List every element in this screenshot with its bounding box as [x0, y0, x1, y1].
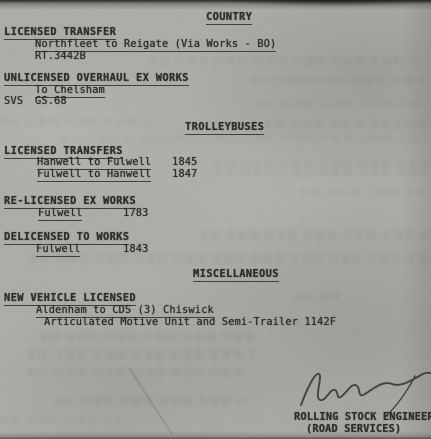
bleed-through-smudge — [28, 367, 243, 377]
new-vehicle-description: Articulated Motive Unit and Semi-Trailer… — [44, 316, 336, 328]
licensed-transfers-row-number: 1845 — [172, 156, 197, 168]
licensed-transfers-row-number: 1847 — [172, 168, 197, 180]
bleed-through-smudge — [150, 57, 420, 65]
delicensed-location: Fulwell — [36, 243, 80, 257]
signatory-role: ROLLING STOCK ENGINEER — [294, 411, 431, 423]
bleed-through-smudge — [40, 332, 255, 341]
section-heading-country: COUNTRY — [206, 11, 252, 25]
bleed-through-smudge — [200, 230, 430, 240]
licensed-transfer-vehicle-number: RT.3442B — [35, 50, 86, 62]
bleed-through-smudge — [30, 253, 430, 263]
bleed-through-smudge — [215, 160, 430, 176]
relicensed-location: Fulwell — [38, 207, 82, 221]
bleed-through-smudge — [295, 294, 340, 301]
section-heading-miscellaneous: MISCELLANEOUS — [193, 268, 279, 282]
bleed-through-smudge — [300, 188, 430, 196]
licensed-transfers-row-route: Fulwell to Hanwell — [37, 168, 151, 182]
bleed-through-smudge — [55, 396, 250, 406]
signatory-department: (ROAD SERVICES) — [306, 423, 401, 435]
bleed-through-smudge — [28, 349, 253, 359]
bleed-through-smudge — [265, 120, 425, 129]
pencil-scratch-mark — [129, 368, 172, 434]
relicensed-vehicle-number: 1783 — [123, 207, 148, 219]
unlicensed-overhaul-code: SVS — [4, 95, 23, 107]
section-heading-trolleybuses: TROLLEYBUSES — [185, 121, 264, 135]
scanned-document-page: COUNTRY LICENSED TRANSFER Northfleet to … — [0, 0, 431, 439]
bleed-through-smudge — [60, 135, 420, 142]
bleed-through-smudge — [255, 100, 425, 108]
bleed-through-smudge — [250, 76, 425, 84]
unlicensed-overhaul-vehicle-number: GS.68 — [35, 95, 67, 107]
bleed-through-smudge — [0, 118, 150, 126]
delicensed-vehicle-number: 1843 — [123, 243, 148, 255]
bleed-through-smudge — [0, 416, 120, 425]
